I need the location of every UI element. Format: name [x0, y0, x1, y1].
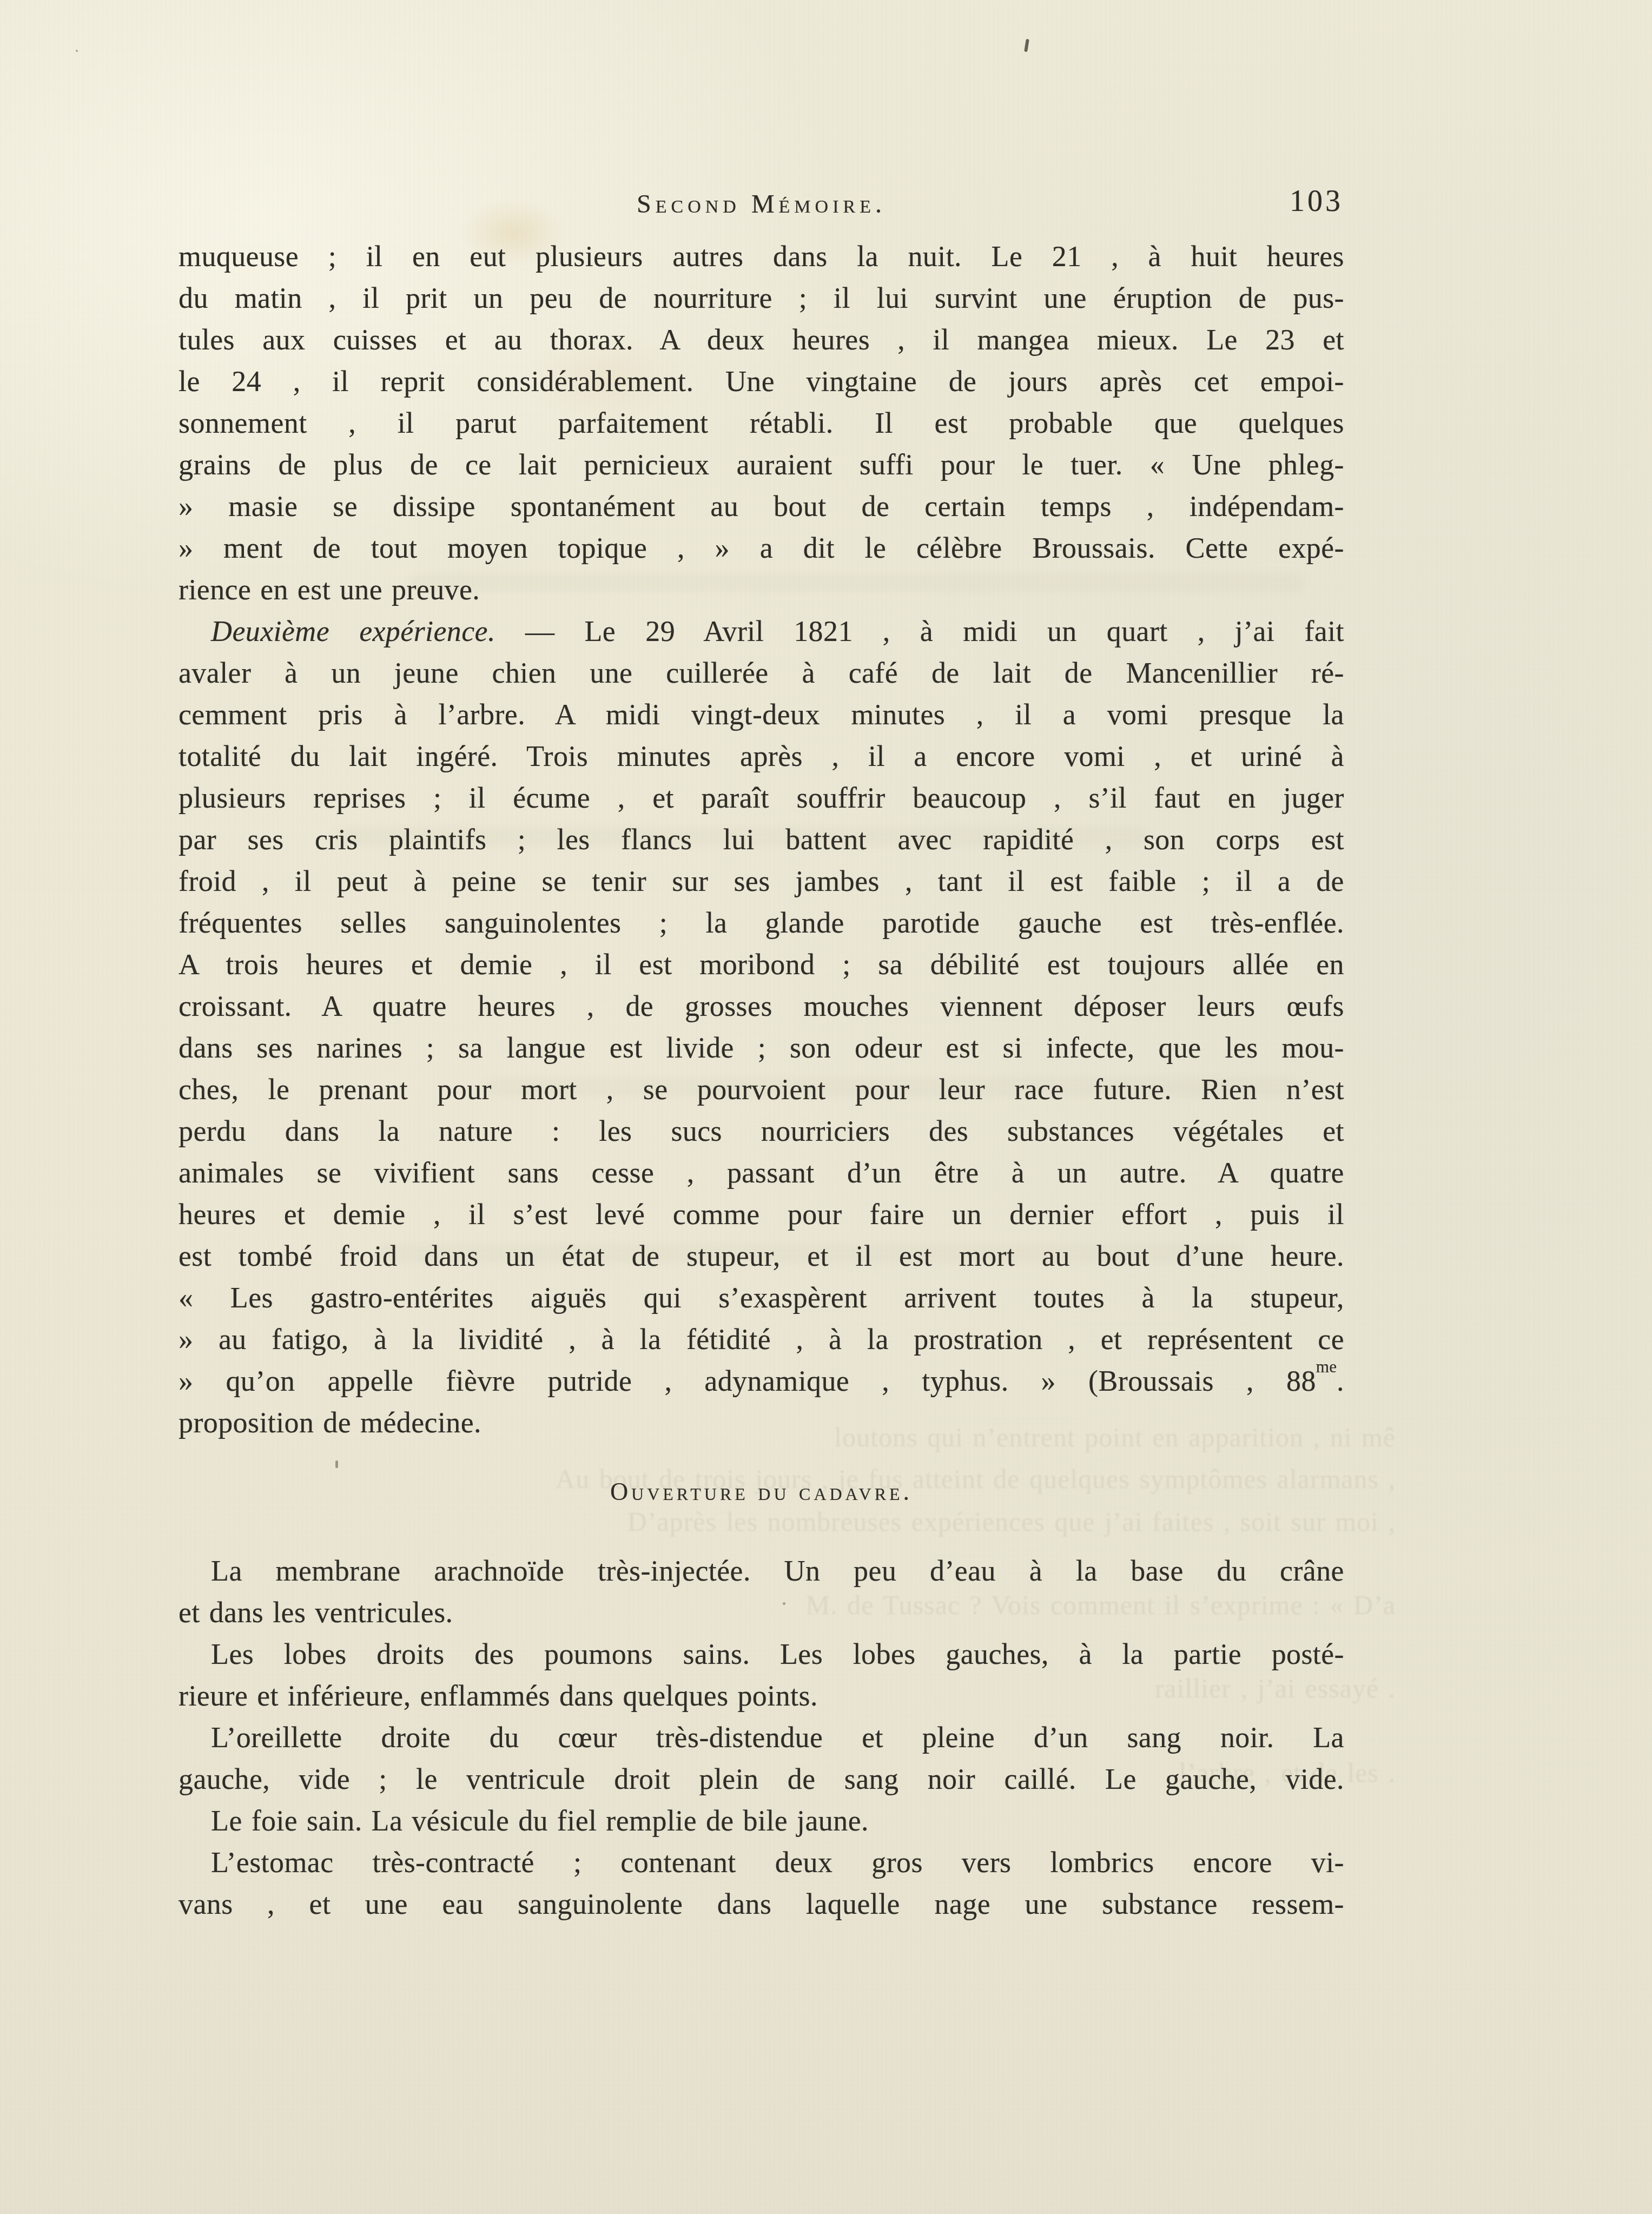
- text-run: gauche, vide ; le ventricule droit plein…: [179, 1763, 1344, 1795]
- text-run: sonnement , il parut parfaitement rétabl…: [179, 407, 1344, 439]
- running-header-title: Second Mémoire.: [179, 183, 1344, 226]
- text-line: cemment pris à l’arbre. A midi vingt-deu…: [179, 694, 1344, 736]
- text-run: — Le 29 Avril 1821 , à midi un quart , j…: [495, 615, 1344, 647]
- text-line: froid , il peut à peine se tenir sur ses…: [179, 861, 1344, 902]
- text-run: froid , il peut à peine se tenir sur ses…: [179, 865, 1344, 897]
- text-line: rience en est une preuve.: [179, 569, 1344, 611]
- text-line: ches, le prenant pour mort , se pourvoie…: [179, 1069, 1344, 1111]
- text-run: croissant. A quatre heures , de grosses …: [179, 990, 1344, 1022]
- body-text-block-1: muqueuse ; il en eut plusieurs autres da…: [179, 236, 1344, 1444]
- text-run: le 24 , il reprit considérablement. Une …: [179, 365, 1344, 398]
- text-run: du matin , il prit un peu de nourriture …: [179, 282, 1344, 314]
- italic-run: Deuxième expérience.: [211, 615, 495, 647]
- text-line: rieure et inférieure, enflammés dans que…: [179, 1675, 1344, 1717]
- text-line: perdu dans la nature : les sucs nourrici…: [179, 1111, 1344, 1152]
- text-line: sonnement , il parut parfaitement rétabl…: [179, 402, 1344, 444]
- text-run: totalité du lait ingéré. Trois minutes a…: [179, 740, 1344, 772]
- text-run: cemment pris à l’arbre. A midi vingt-deu…: [179, 698, 1344, 731]
- text-run: L’estomac très-contracté ; contenant deu…: [211, 1846, 1344, 1879]
- text-run: avaler à un jeune chien une cuillerée à …: [179, 657, 1344, 689]
- text-run: fréquentes selles sanguinolentes ; la gl…: [179, 907, 1344, 939]
- text-line: L’estomac très-contracté ; contenant deu…: [179, 1842, 1344, 1883]
- superscript-run: me: [1316, 1360, 1337, 1376]
- text-run: rieure et inférieure, enflammés dans que…: [179, 1680, 818, 1712]
- page-number: 103: [1290, 180, 1343, 223]
- text-line: L’oreillette droite du cœur très-distend…: [179, 1717, 1344, 1759]
- scanned-book-page: loutons qui n’entrent point en apparitio…: [0, 0, 1652, 2214]
- text-run: par ses cris plaintifs ; les flancs lui …: [179, 823, 1344, 856]
- text-line: proposition de médecine.: [179, 1402, 1344, 1444]
- text-line: dans ses narines ; sa langue est livide …: [179, 1027, 1344, 1069]
- text-line: gauche, vide ; le ventricule droit plein…: [179, 1759, 1344, 1800]
- bleedthrough-text: D’après les nombreuses expériences que j…: [627, 1508, 1396, 1535]
- text-run: L’oreillette droite du cœur très-distend…: [211, 1721, 1344, 1754]
- ink-speck: [76, 50, 78, 52]
- text-line: » au fatigo, à la lividité , à la fétidi…: [179, 1319, 1344, 1360]
- text-run: plusieurs reprises ; il écume , et paraî…: [179, 782, 1344, 814]
- text-run: « Les gastro-entérites aiguës qui s’exas…: [179, 1281, 1344, 1314]
- text-line: muqueuse ; il en eut plusieurs autres da…: [179, 236, 1344, 277]
- text-run: Le foie sain. La vésicule du fiel rempli…: [211, 1805, 869, 1837]
- text-line: animales se vivifient sans cesse , passa…: [179, 1152, 1344, 1194]
- text-line: Les lobes droits des poumons sains. Les …: [179, 1634, 1344, 1675]
- text-run: grains de plus de ce lait pernicieux aur…: [179, 448, 1344, 481]
- text-run: » au fatigo, à la lividité , à la fétidi…: [179, 1323, 1344, 1356]
- text-line: heures et demie , il s’est levé comme po…: [179, 1194, 1344, 1235]
- text-run: La membrane arachnoïde très-injectée. Un…: [211, 1555, 1344, 1587]
- text-line: « Les gastro-entérites aiguës qui s’exas…: [179, 1277, 1344, 1319]
- text-run: .: [1337, 1365, 1344, 1397]
- text-line: est tombé froid dans un état de stupeur,…: [179, 1235, 1344, 1277]
- text-line: tules aux cuisses et au thorax. A deux h…: [179, 319, 1344, 361]
- text-line: La membrane arachnoïde très-injectée. Un…: [179, 1550, 1344, 1592]
- text-line: le 24 , il reprit considérablement. Une …: [179, 361, 1344, 402]
- paper-fiber-speck: [1024, 39, 1029, 52]
- running-header: Second Mémoire. 103: [179, 183, 1344, 226]
- text-line: et dans les ventricules.: [179, 1592, 1344, 1634]
- text-line: totalité du lait ingéré. Trois minutes a…: [179, 736, 1344, 777]
- text-line: Deuxième expérience. — Le 29 Avril 1821 …: [179, 611, 1344, 652]
- text-run: A trois heures et demie , il est moribon…: [179, 948, 1344, 981]
- text-run: et dans les ventricules.: [179, 1596, 453, 1629]
- section-heading: Ouverture du cadavre.: [179, 1475, 1344, 1509]
- text-run: Les lobes droits des poumons sains. Les …: [211, 1638, 1344, 1670]
- text-line: » ment de tout moyen topique , » a dit l…: [179, 527, 1344, 569]
- text-run: » ment de tout moyen topique , » a dit l…: [179, 532, 1344, 564]
- ink-speck: [335, 1460, 338, 1468]
- text-line: par ses cris plaintifs ; les flancs lui …: [179, 819, 1344, 861]
- text-line: fréquentes selles sanguinolentes ; la gl…: [179, 902, 1344, 944]
- text-run: est tombé froid dans un état de stupeur,…: [179, 1240, 1344, 1272]
- text-run: perdu dans la nature : les sucs nourrici…: [179, 1115, 1344, 1147]
- text-run: » masie se dissipe spontanément au bout …: [179, 490, 1344, 523]
- text-line: plusieurs reprises ; il écume , et paraî…: [179, 777, 1344, 819]
- text-run: dans ses narines ; sa langue est livide …: [179, 1032, 1344, 1064]
- text-run: rience en est une preuve.: [179, 573, 480, 606]
- text-line: Le foie sain. La vésicule du fiel rempli…: [179, 1800, 1344, 1842]
- text-line: A trois heures et demie , il est moribon…: [179, 944, 1344, 986]
- text-run: vans , et une eau sanguinolente dans laq…: [179, 1888, 1344, 1920]
- text-line: vans , et une eau sanguinolente dans laq…: [179, 1883, 1344, 1925]
- text-run: animales se vivifient sans cesse , passa…: [179, 1156, 1344, 1189]
- text-line: avaler à un jeune chien une cuillerée à …: [179, 652, 1344, 694]
- text-line: » masie se dissipe spontanément au bout …: [179, 486, 1344, 527]
- text-run: tules aux cuisses et au thorax. A deux h…: [179, 323, 1344, 356]
- text-run: » qu’on appelle fièvre putride , adynami…: [179, 1365, 1316, 1397]
- text-run: ches, le prenant pour mort , se pourvoie…: [179, 1073, 1344, 1106]
- text-line: grains de plus de ce lait pernicieux aur…: [179, 444, 1344, 486]
- text-run: proposition de médecine.: [179, 1406, 481, 1439]
- text-line: du matin , il prit un peu de nourriture …: [179, 277, 1344, 319]
- text-run: muqueuse ; il en eut plusieurs autres da…: [179, 240, 1344, 273]
- text-line: » qu’on appelle fièvre putride , adynami…: [179, 1360, 1344, 1402]
- body-text-block-2: La membrane arachnoïde très-injectée. Un…: [179, 1550, 1344, 1925]
- text-run: heures et demie , il s’est levé comme po…: [179, 1198, 1344, 1231]
- text-line: croissant. A quatre heures , de grosses …: [179, 986, 1344, 1027]
